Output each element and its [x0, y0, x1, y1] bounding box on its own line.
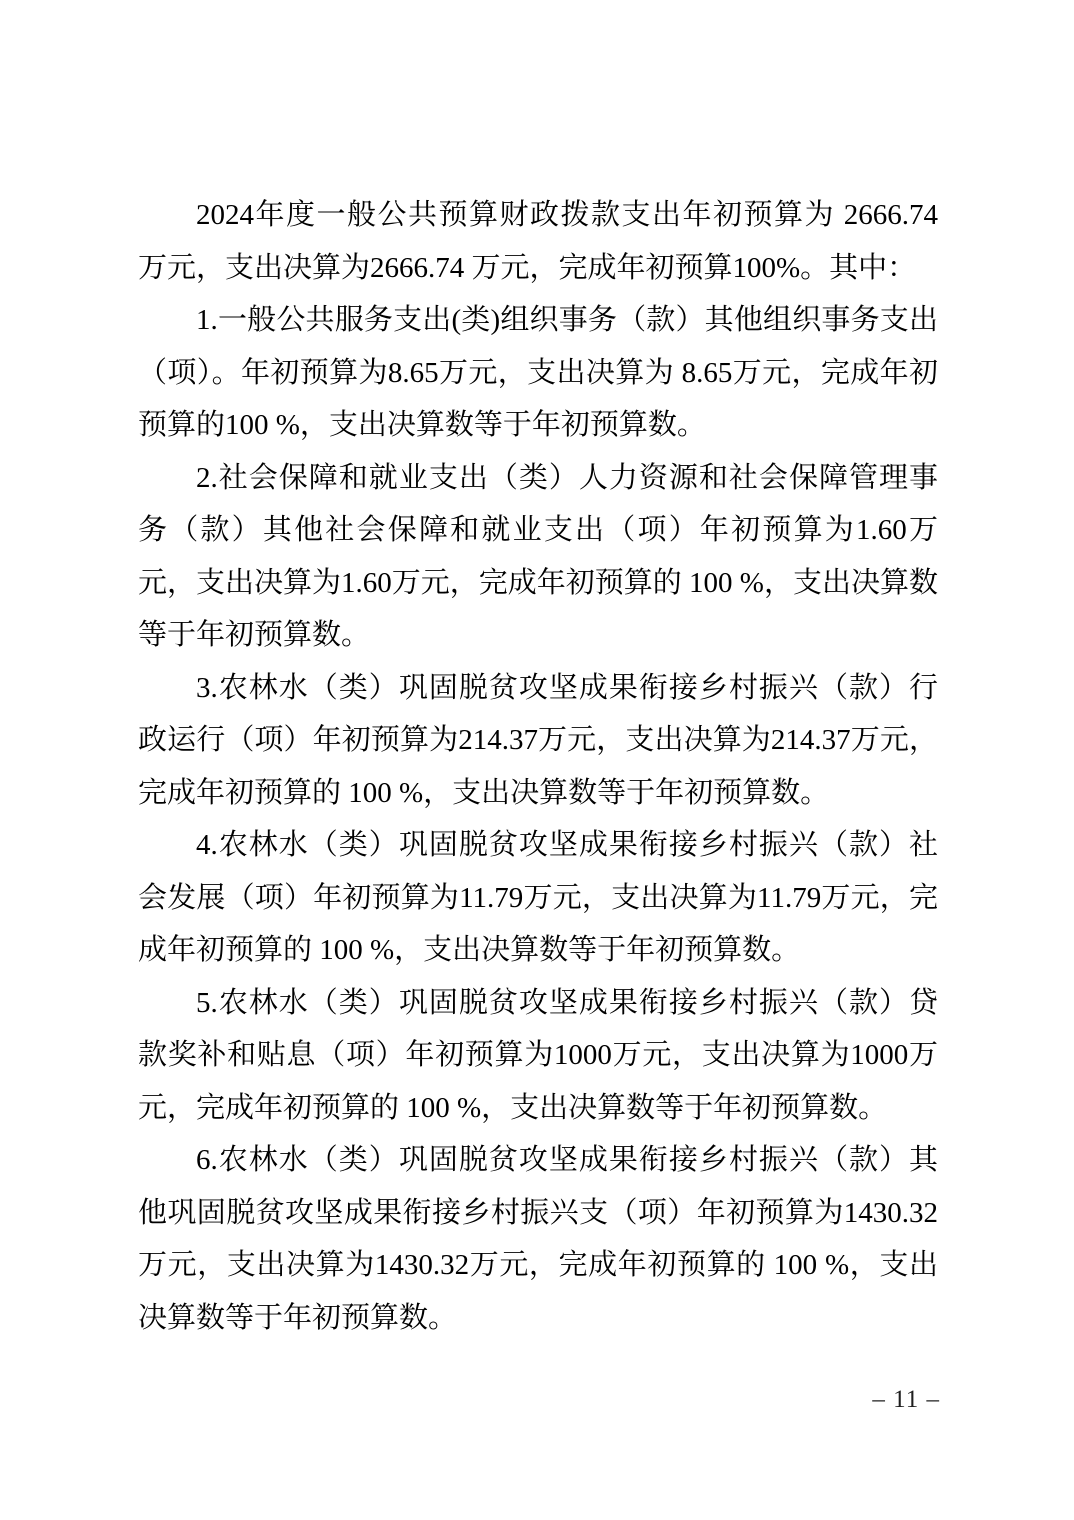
paragraph-item-4: 4.农林水（类）巩固脱贫攻坚成果衔接乡村振兴（款）社会发展（项）年初预算为11.… — [138, 819, 938, 977]
document-body: 2024年度一般公共预算财政拨款支出年初预算为 2666.74 万元，支出决算为… — [138, 189, 938, 1344]
document-page: 2024年度一般公共预算财政拨款支出年初预算为 2666.74 万元，支出决算为… — [0, 0, 1074, 1520]
paragraph-item-3: 3.农林水（类）巩固脱贫攻坚成果衔接乡村振兴（款）行政运行（项）年初预算为214… — [138, 662, 938, 820]
paragraph-item-2: 2.社会保障和就业支出（类）人力资源和社会保障管理事务（款）其他社会保障和就业支… — [138, 452, 938, 662]
paragraph-item-6: 6.农林水（类）巩固脱贫攻坚成果衔接乡村振兴（款）其他巩固脱贫攻坚成果衔接乡村振… — [138, 1134, 938, 1344]
page-number: – 11 – — [872, 1385, 940, 1415]
paragraph-item-5: 5.农林水（类）巩固脱贫攻坚成果衔接乡村振兴（款）贷款奖补和贴息（项）年初预算为… — [138, 977, 938, 1135]
paragraph-item-1: 1.一般公共服务支出(类)组织事务（款）其他组织事务支出（项）。年初预算为8.6… — [138, 294, 938, 452]
paragraph-intro: 2024年度一般公共预算财政拨款支出年初预算为 2666.74 万元，支出决算为… — [138, 189, 938, 294]
